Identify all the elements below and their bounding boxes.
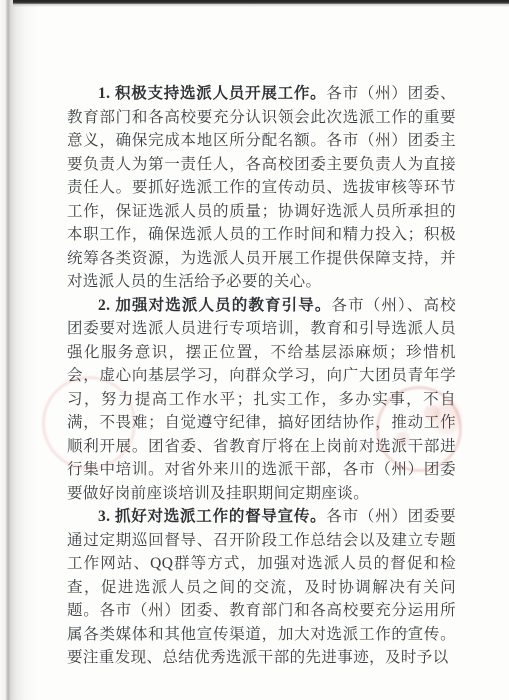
paragraph-1-body: 各市（州）团委、教育部门和各高校要充分认识领会此次选派工作的重要意义，确保完成本… [67,85,456,290]
paragraph-2-lead: 2. 加强对选派人员的教育引导。 [98,297,332,314]
paragraph-2-body: 各市（州）、高校团委要对选派人员进行专项培训，教育和引导选派人员强化服务意识，摆… [67,297,456,502]
paragraph-1: 1. 积极支持选派人员开展工作。各市（州）团委、教育部门和各高校要充分认识领会此… [67,82,456,294]
scan-top-edge-bar [13,0,509,4]
paragraph-3-body: 各市（州）团委要通过定期巡回督导、召开阶段工作总结会以及建立专题工作网站、QQ群… [67,508,456,666]
scanned-document-page: 1. 积极支持选派人员开展工作。各市（州）团委、教育部门和各高校要充分认识领会此… [0,0,509,700]
paragraph-2: 2. 加强对选派人员的教育引导。各市（州）、高校团委要对选派人员进行专项培训，教… [67,294,456,506]
page-number: — 5 — [395,623,439,639]
scan-left-edge-shadow [0,0,38,700]
document-body-text: 1. 积极支持选派人员开展工作。各市（州）团委、教育部门和各高校要充分认识领会此… [67,82,456,670]
scan-top-edge-fade [13,4,509,7]
paragraph-1-lead: 1. 积极支持选派人员开展工作。 [98,85,326,102]
paragraph-3: 3. 抓好对选派工作的督导宣传。各市（州）团委要通过定期巡回督导、召开阶段工作总… [67,505,456,670]
paragraph-3-lead: 3. 抓好对选派工作的督导宣传。 [98,508,326,525]
